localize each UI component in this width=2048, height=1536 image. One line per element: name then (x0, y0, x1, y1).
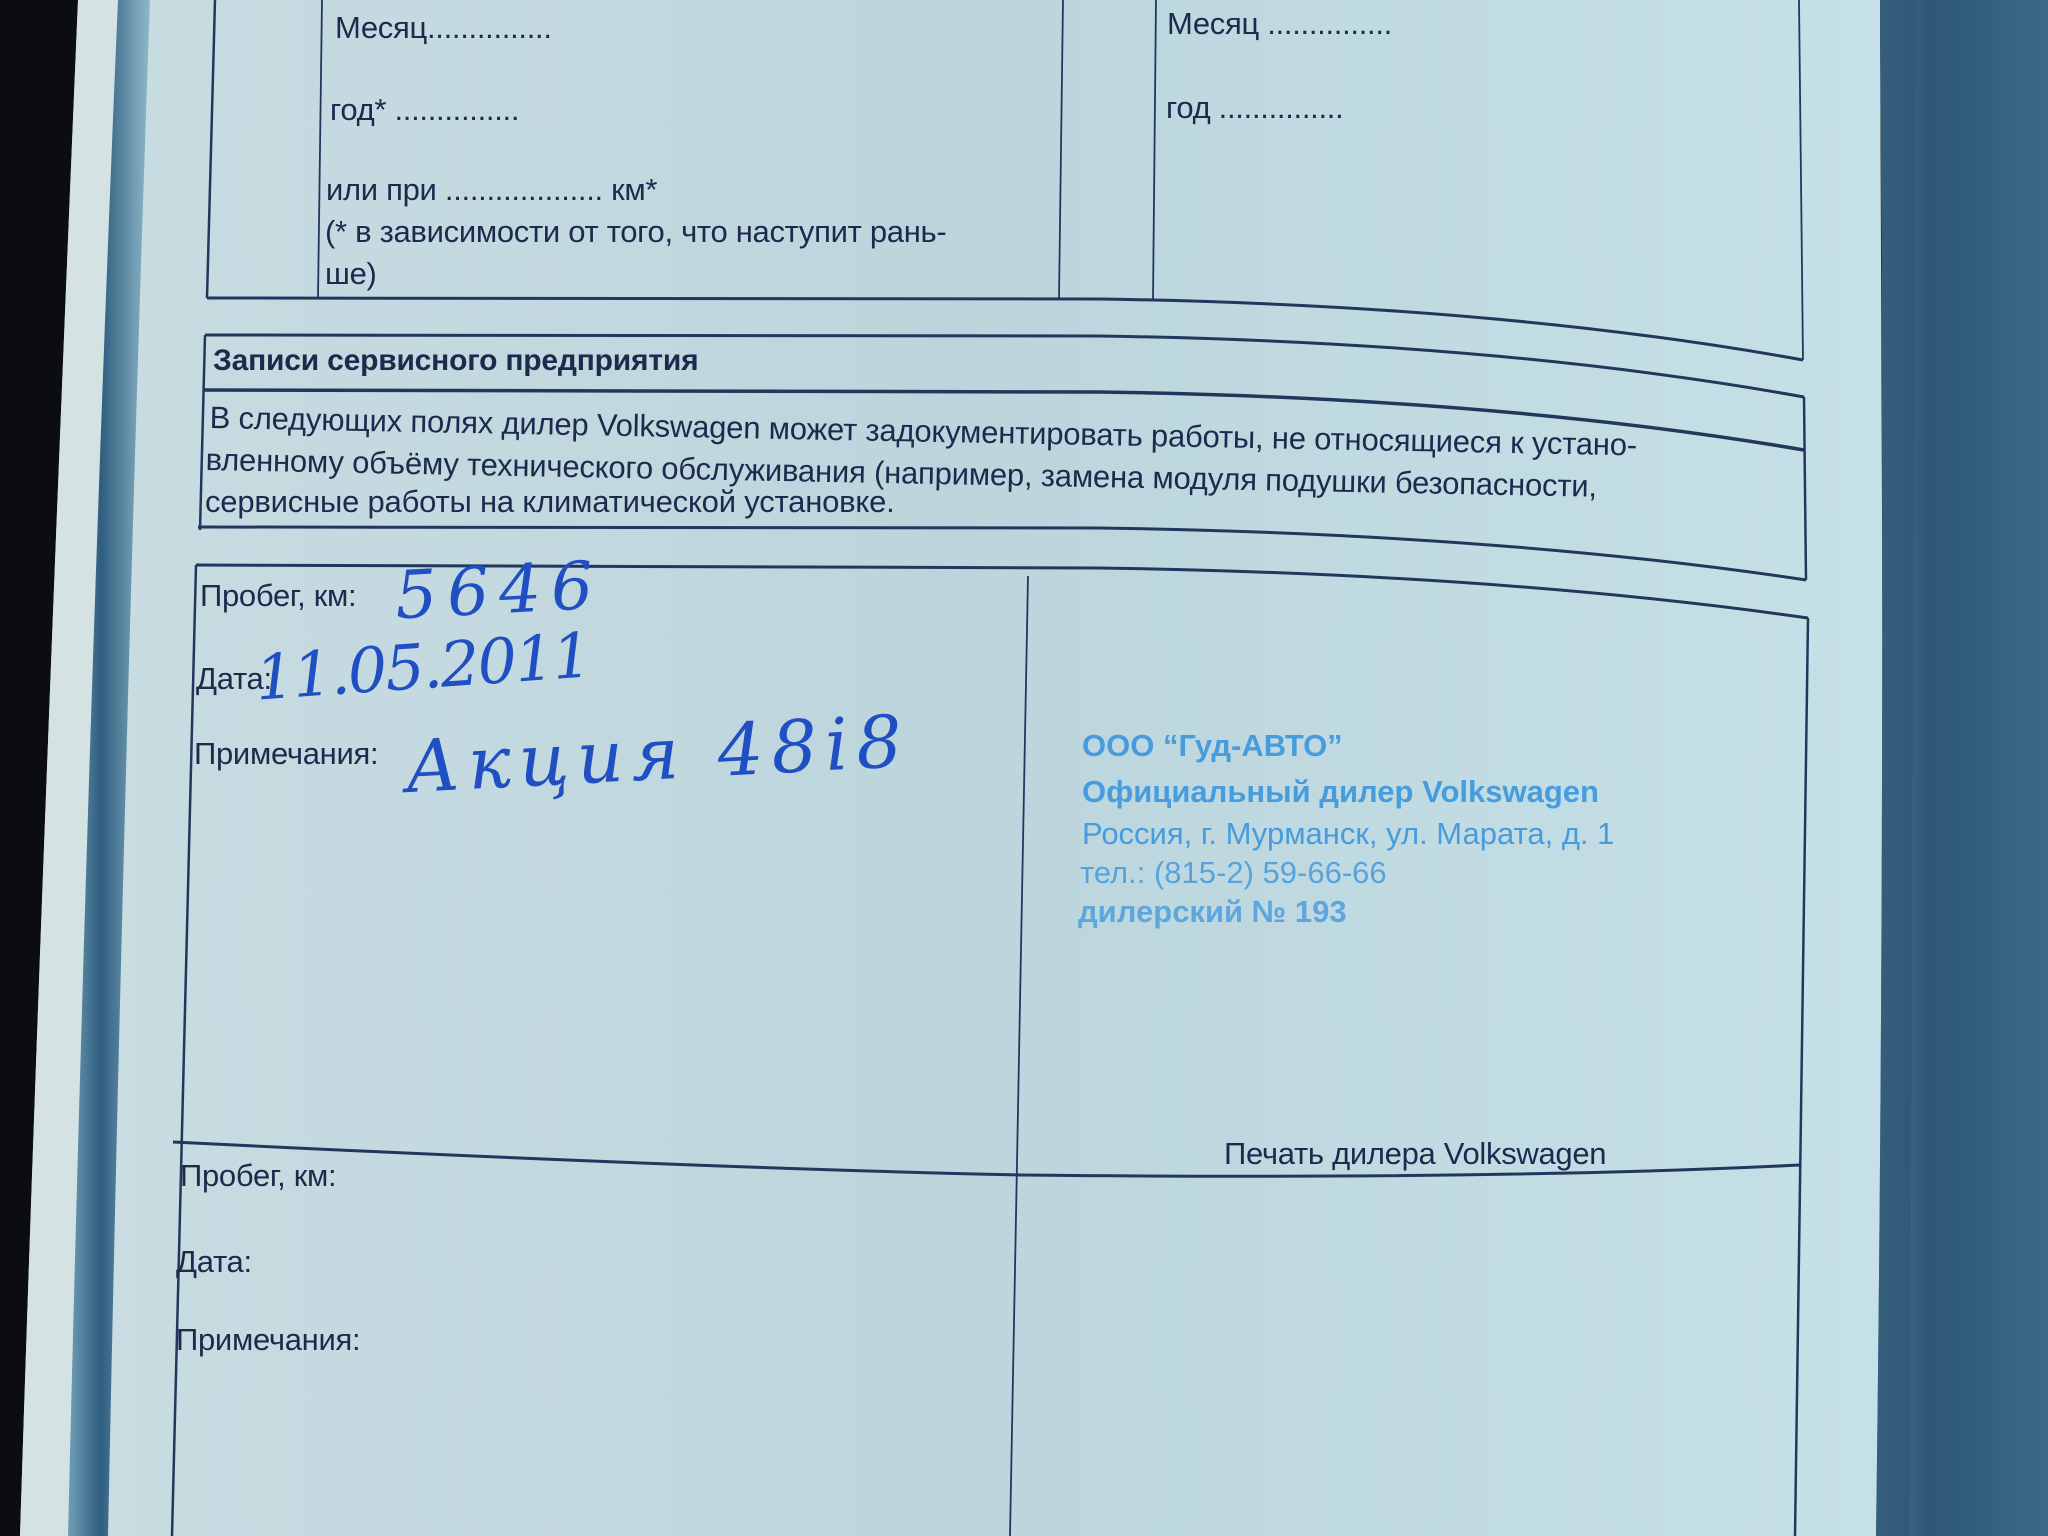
photo-of-service-booklet: Месяц............... год* ..............… (0, 0, 2048, 1536)
footnote-line-2: ше) (325, 256, 377, 292)
service-year-field-label: год* ............... (330, 92, 519, 128)
date-label: Дата: (176, 1244, 252, 1280)
stamp-dealer-number: дилерский № 193 (1078, 894, 1347, 930)
mileage-label: Пробег, км: (200, 578, 356, 614)
section-description-line-3: сервисные работы на климатической устано… (205, 484, 895, 520)
notes-label: Примечания: (176, 1322, 360, 1358)
stamp-official-dealer: Официальный дилер Volkswagen (1082, 774, 1599, 810)
service-month-field-label: Месяц............... (335, 10, 552, 46)
stamp-company-name: ООО “Гуд-АВТО” (1082, 728, 1343, 764)
notes-label: Примечания: (194, 736, 378, 772)
right-year-field-label: год ............... (1166, 90, 1343, 126)
service-km-field-label: или при ................... км* (326, 172, 657, 208)
stamp-phone: тел.: (815-2) 59-66-66 (1080, 855, 1387, 891)
footnote-line-1: (* в зависимости от того, что наступит р… (325, 214, 946, 250)
stamp-address: Россия, г. Мурманск, ул. Марата, д. 1 (1082, 816, 1614, 852)
dealer-stamp-caption: Печать дилера Volkswagen (1224, 1136, 1606, 1172)
section-title: Записи сервисного предприятия (213, 344, 698, 378)
mileage-label: Пробег, км: (180, 1158, 336, 1194)
right-month-field-label: Месяц ............... (1167, 6, 1392, 42)
